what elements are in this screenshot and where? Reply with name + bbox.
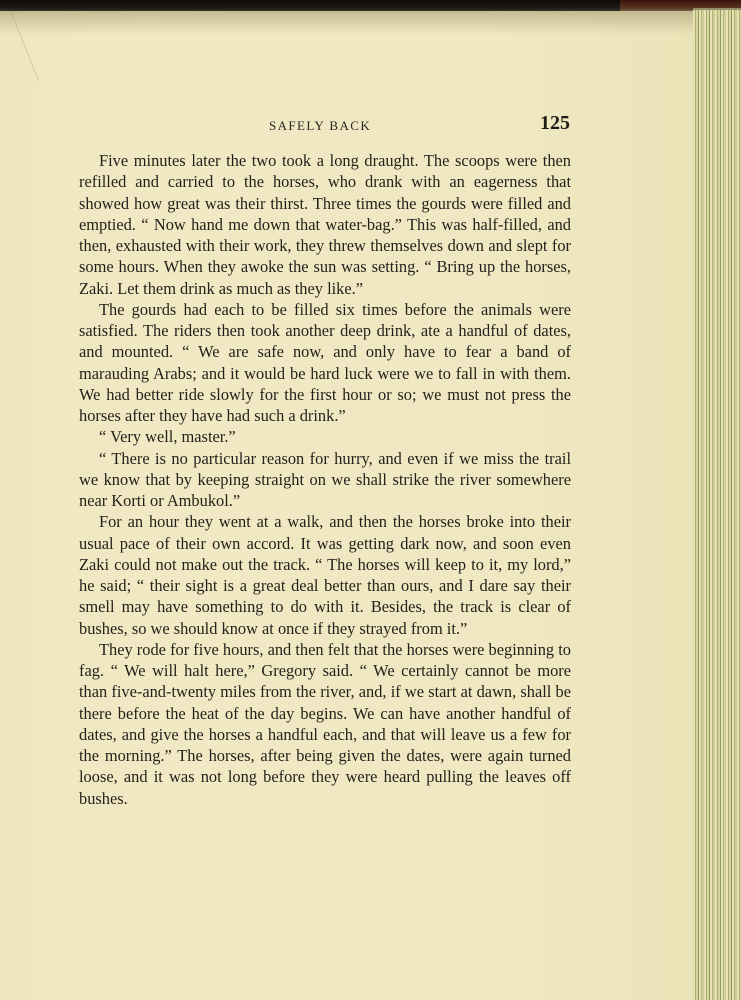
- page-shadow: [0, 11, 698, 35]
- running-title: SAFELY BACK: [269, 118, 371, 134]
- page-stack-edges: [693, 10, 741, 1000]
- page-header: SAFELY BACK 125: [78, 114, 572, 138]
- paragraph: For an hour they went at a walk, and the…: [79, 511, 571, 639]
- paragraph: They rode for five hours, and then felt …: [79, 639, 571, 809]
- paragraph: “ There is no particular reason for hurr…: [79, 448, 571, 512]
- body-text: Five minutes later the two took a long d…: [79, 150, 571, 809]
- paragraph: “ Very well, master.”: [79, 426, 571, 447]
- paragraph: The gourds had each to be filled six tim…: [79, 299, 571, 427]
- page-number: 125: [540, 112, 570, 135]
- paragraph: Five minutes later the two took a long d…: [79, 150, 571, 299]
